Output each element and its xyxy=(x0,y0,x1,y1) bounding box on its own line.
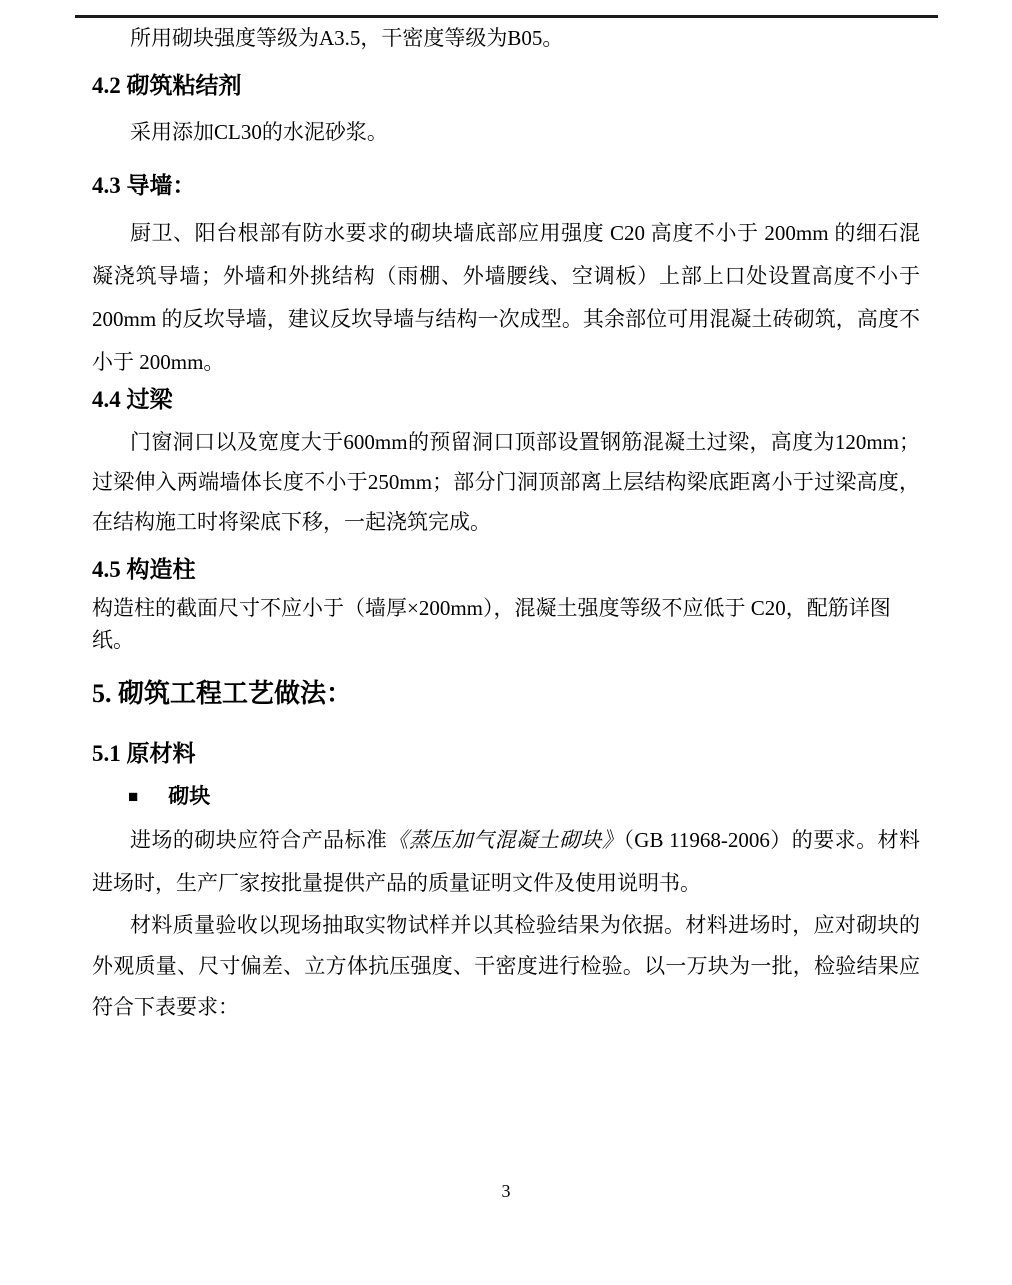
heading-5-1-raw-materials: 5.1 原材料 xyxy=(92,738,920,770)
heading-4-5-constructional-column: 4.5 构造柱 xyxy=(92,554,920,586)
paragraph-5-1-a-before: 进场的砌块应符合产品标准 xyxy=(130,828,387,852)
paragraph-intro: 所用砌块强度等级为A3.5，干密度等级为B05。 xyxy=(92,22,920,54)
document-page: 所用砌块强度等级为A3.5，干密度等级为B05。 4.2 砌筑粘结剂 采用添加C… xyxy=(0,0,1012,1285)
square-bullet-icon: ■ xyxy=(128,781,138,813)
bullet-item-block: ■砌块 xyxy=(92,780,920,813)
paragraph-4-5: 构造柱的截面尺寸不应小于（墙厚×200mm），混凝土强度等级不应低于 C20，配… xyxy=(92,592,920,656)
heading-4-3-guide-wall: 4.3 导墙： xyxy=(92,170,920,202)
heading-4-2-masonry-binder: 4.2 砌筑粘结剂 xyxy=(92,70,920,102)
standard-book-title: 《蒸压加气混凝土砌块》 xyxy=(387,828,623,852)
paragraph-4-2: 采用添加CL30的水泥砂浆。 xyxy=(92,116,920,148)
page-number: 3 xyxy=(0,1180,1012,1202)
paragraph-5-1-b: 材料质量验收以现场抽取实物试样并以其检验结果为依据。材料进场时，应对砌块的外观质… xyxy=(92,905,920,1028)
heading-5-masonry-process: 5. 砌筑工程工艺做法： xyxy=(92,676,920,712)
paragraph-4-4: 门窗洞口以及宽度大于600mm的预留洞口顶部设置钢筋混凝土过梁，高度为120mm… xyxy=(92,422,920,542)
heading-4-4-lintel: 4.4 过梁 xyxy=(92,384,920,416)
document-content: 所用砌块强度等级为A3.5，干密度等级为B05。 4.2 砌筑粘结剂 采用添加C… xyxy=(92,18,920,1028)
paragraph-4-3: 厨卫、阳台根部有防水要求的砌块墙底部应用强度 C20 高度不小于 200mm 的… xyxy=(92,212,920,384)
bullet-item-label: 砌块 xyxy=(168,784,210,808)
paragraph-5-1-a: 进场的砌块应符合产品标准《蒸压加气混凝土砌块》（GB 11968-2006）的要… xyxy=(92,819,920,905)
